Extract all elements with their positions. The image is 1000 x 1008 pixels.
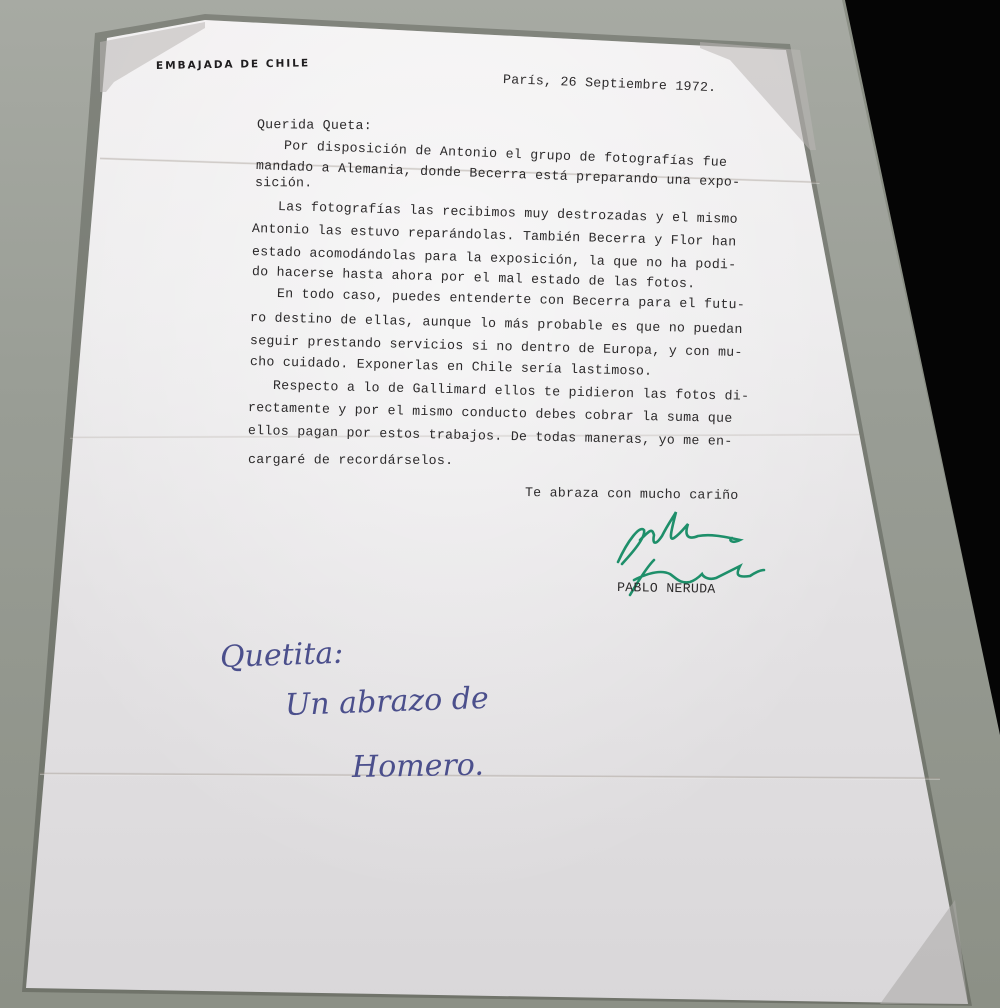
handwritten-signature: Homero.	[352, 748, 484, 785]
handwritten-line: Un abrazo de	[284, 681, 489, 723]
letter-line: sición.	[255, 175, 313, 191]
signature-typed-name: PABLO NERUDA	[617, 580, 716, 597]
salutation: Querida Queta:	[257, 117, 372, 133]
handwritten-greeting: Quetita:	[219, 636, 344, 675]
letter-line: cargaré de recordárselos.	[248, 452, 453, 468]
